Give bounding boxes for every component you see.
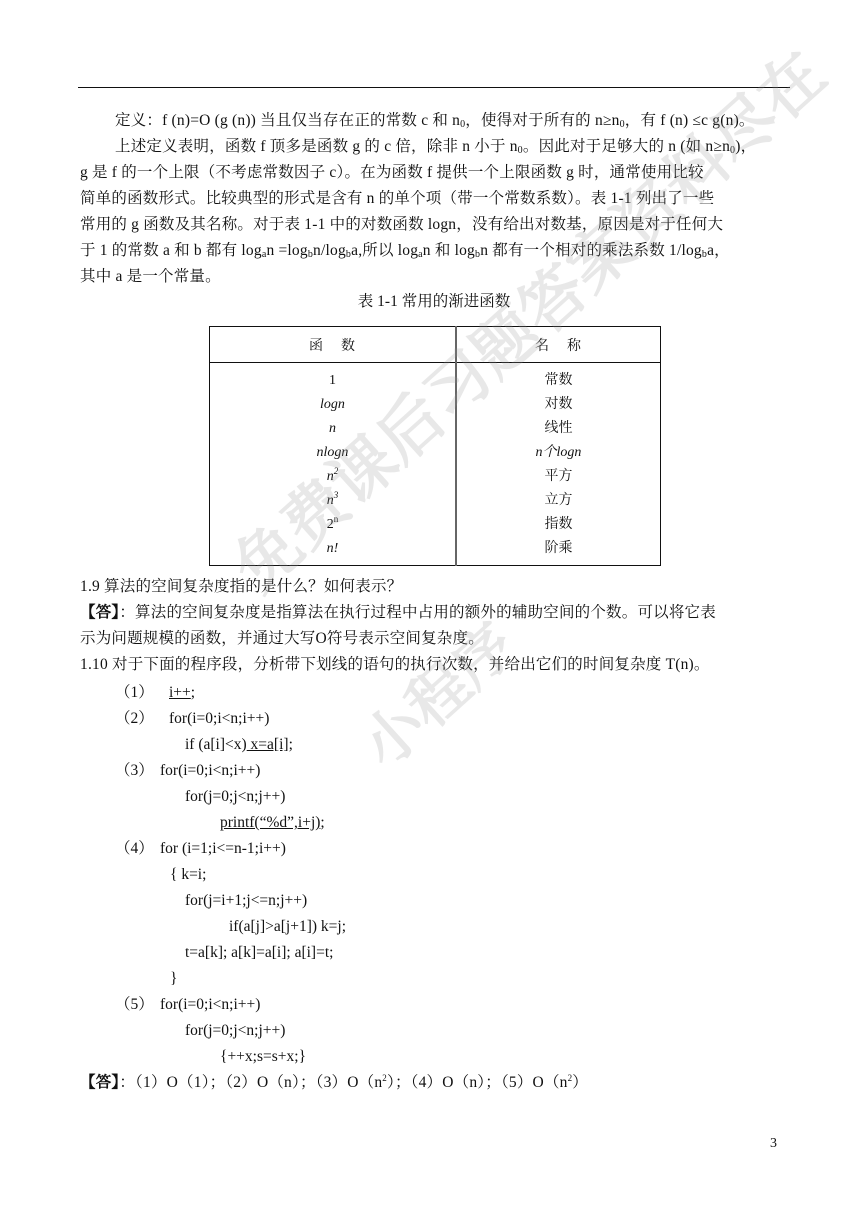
text: n 和 log xyxy=(423,242,475,259)
asymptotic-functions-table: 函数 名称 1 logn n nlogn n2 n3 2n n! 常数 对数 线… xyxy=(209,326,661,566)
document-page: 定义：f (n)=O (g (n)) 当且仅当存在正的常数 c 和 n0，使得对… xyxy=(0,0,868,1228)
paragraph-line: 其中 a 是一个常量。 xyxy=(80,264,792,290)
text: n! xyxy=(327,541,339,556)
text: n/log xyxy=(313,242,346,259)
text: ，有 f (n) ≤c g(n)。 xyxy=(625,112,755,129)
text: n xyxy=(329,421,336,436)
underlined-statement: i++ xyxy=(169,684,191,701)
table-cell-name: n个logn xyxy=(458,441,659,465)
table-cell-name: 阶乘 xyxy=(458,537,659,561)
text: n xyxy=(327,493,334,508)
code-line: for(j=0;j<n;j++) xyxy=(185,784,285,810)
superscript: 2 xyxy=(334,466,339,476)
underlined-statement: printf(“%d”,i+j) xyxy=(220,814,320,831)
code-1-line: i++; xyxy=(169,680,195,706)
superscript: n xyxy=(334,514,339,524)
code-line: t=a[k]; a[k]=a[i]; a[i]=t; xyxy=(185,940,333,966)
code-line: for(j=0;j<n;j++) xyxy=(185,1018,285,1044)
question-1-10: 1.10 对于下面的程序段，分析带下划线的语句的执行次数，并给出它们的时间复杂度… xyxy=(80,652,792,678)
code-line: { k=i; xyxy=(170,862,206,888)
code-line: for(i=0;i<n;i++) xyxy=(169,706,269,732)
underlined-statement: x=a[i] xyxy=(247,736,289,753)
text: logn xyxy=(320,397,345,412)
table-cell-name: 指数 xyxy=(458,513,659,537)
code-line: if (a[i]<x) x=a[i]; xyxy=(185,732,293,758)
name-column: 常数 对数 线性 n个logn 平方 立方 指数 阶乘 xyxy=(456,363,661,566)
text: 于 1 的常数 a 和 b 都有 log xyxy=(80,242,262,259)
code-5-label: （5） xyxy=(115,992,154,1018)
code-1-label: （1） xyxy=(115,680,154,706)
text: ; xyxy=(320,814,324,831)
text: ; xyxy=(191,684,195,701)
superscript: 3 xyxy=(334,490,339,500)
text: n xyxy=(327,469,334,484)
table-cell-function: n! xyxy=(211,537,454,561)
table-cell-function: 1 xyxy=(211,369,454,393)
table-cell-function: nlogn xyxy=(211,441,454,465)
code-line: for(i=0;i<n;i++) xyxy=(160,992,260,1018)
function-column: 1 logn n nlogn n2 n3 2n n! xyxy=(210,363,457,566)
table-header-row: 函数 名称 xyxy=(210,327,661,363)
text: ：（1）O（1）；（2）O（n）；（3）O（n xyxy=(119,1074,382,1091)
code-2-label: （2） xyxy=(115,706,154,732)
header-rule xyxy=(78,87,790,88)
page-number: 3 xyxy=(770,1136,777,1152)
paragraph-line: 简单的函数形式。比较典型的形式是含有 n 的单个项（带一个常数系数）。表 1-1… xyxy=(80,186,792,212)
text: 。因此对于足够大的 n (如 n≥n xyxy=(523,138,730,155)
table-cell-name: 立方 xyxy=(458,489,659,513)
code-line: for (i=1;i<=n-1;i++) xyxy=(160,836,286,862)
paragraph-line: 于 1 的常数 a 和 b 都有 logan =logbn/logba,所以 l… xyxy=(80,238,792,264)
text: 2 xyxy=(327,517,334,532)
code-line: for(j=i+1;j<=n;j++) xyxy=(185,888,307,914)
table-cell-function: n xyxy=(211,417,454,441)
column-header-function: 函数 xyxy=(210,327,457,363)
paragraph-line: g 是 f 的一个上限（不考虑常数因子 c）。在为函数 f 提供一个上限函数 g… xyxy=(80,160,792,186)
text: 1 xyxy=(329,373,336,388)
table-cell-function: n2 xyxy=(211,465,454,489)
text: ; xyxy=(289,736,293,753)
table-cell-name: 平方 xyxy=(458,465,659,489)
text: 上述定义表明，函数 f 顶多是函数 g 的 c 倍，除非 n 小于 n xyxy=(115,138,518,155)
text: )， xyxy=(735,138,756,155)
table-cell-function: logn xyxy=(211,393,454,417)
table-caption: 表 1-1 常用的渐进函数 xyxy=(0,289,868,311)
table-cell-name: 对数 xyxy=(458,393,659,417)
code-line: printf(“%d”,i+j); xyxy=(220,810,325,836)
text: if (a[i]<x) xyxy=(185,736,247,753)
text: n =log xyxy=(266,242,307,259)
code-line: for(i=0;i<n;i++) xyxy=(160,758,260,784)
code-line: } xyxy=(170,966,177,992)
table-body-row: 1 logn n nlogn n2 n3 2n n! 常数 对数 线性 n个lo… xyxy=(210,363,661,566)
text: ，使得对于所有的 n≥n xyxy=(465,112,619,129)
table-cell-name: 线性 xyxy=(458,417,659,441)
text: ） xyxy=(572,1074,588,1091)
text: a,所以 log xyxy=(351,242,418,259)
paragraph-line: 上述定义表明，函数 f 顶多是函数 g 的 c 倍，除非 n 小于 n0。因此对… xyxy=(80,134,827,160)
question-1-9: 1.9 算法的空间复杂度指的是什么？如何表示？ xyxy=(80,574,792,600)
text: a， xyxy=(707,242,730,259)
paragraph-line: 常用的 g 函数及其名称。对于表 1-1 中的对数函数 logn，没有给出对数基… xyxy=(80,212,792,238)
table-cell-function: 2n xyxy=(211,513,454,537)
code-line: if(a[j]>a[j+1]) k=j; xyxy=(229,914,346,940)
answer-1-10-line: 【答】：（1）O（1）；（2）O（n）；（3）O（n2）；（4）O（n）；（5）… xyxy=(80,1070,792,1096)
text: 定义：f (n)=O (g (n)) 当且仅当存在正的常数 c 和 n xyxy=(115,112,460,129)
text: n 都有一个相对的乘法系数 1/log xyxy=(480,242,702,259)
answer-label: 【答】 xyxy=(80,1074,119,1091)
text: ）；（4）O（n）；（5）O（n xyxy=(387,1074,568,1091)
code-4-label: （4） xyxy=(115,836,154,862)
table-cell-name: 常数 xyxy=(458,369,659,393)
answer-1-9-line: 【答】：算法的空间复杂度是指算法在执行过程中占用的额外的辅助空间的个数。可以将它… xyxy=(80,600,792,626)
code-line: {++x;s=s+x;} xyxy=(220,1044,306,1070)
answer-label: 【答】 xyxy=(80,604,119,621)
table-cell-function: n3 xyxy=(211,489,454,513)
code-3-label: （3） xyxy=(115,758,154,784)
definition-line: 定义：f (n)=O (g (n)) 当且仅当存在正的常数 c 和 n0，使得对… xyxy=(80,108,827,134)
text: ：算法的空间复杂度是指算法在执行过程中占用的额外的辅助空间的个数。可以将它表 xyxy=(119,604,716,621)
answer-1-9-line: 示为问题规模的函数，并通过大写O符号表示空间复杂度。 xyxy=(80,626,792,652)
column-header-name: 名称 xyxy=(456,327,661,363)
text: nlogn xyxy=(317,445,349,460)
